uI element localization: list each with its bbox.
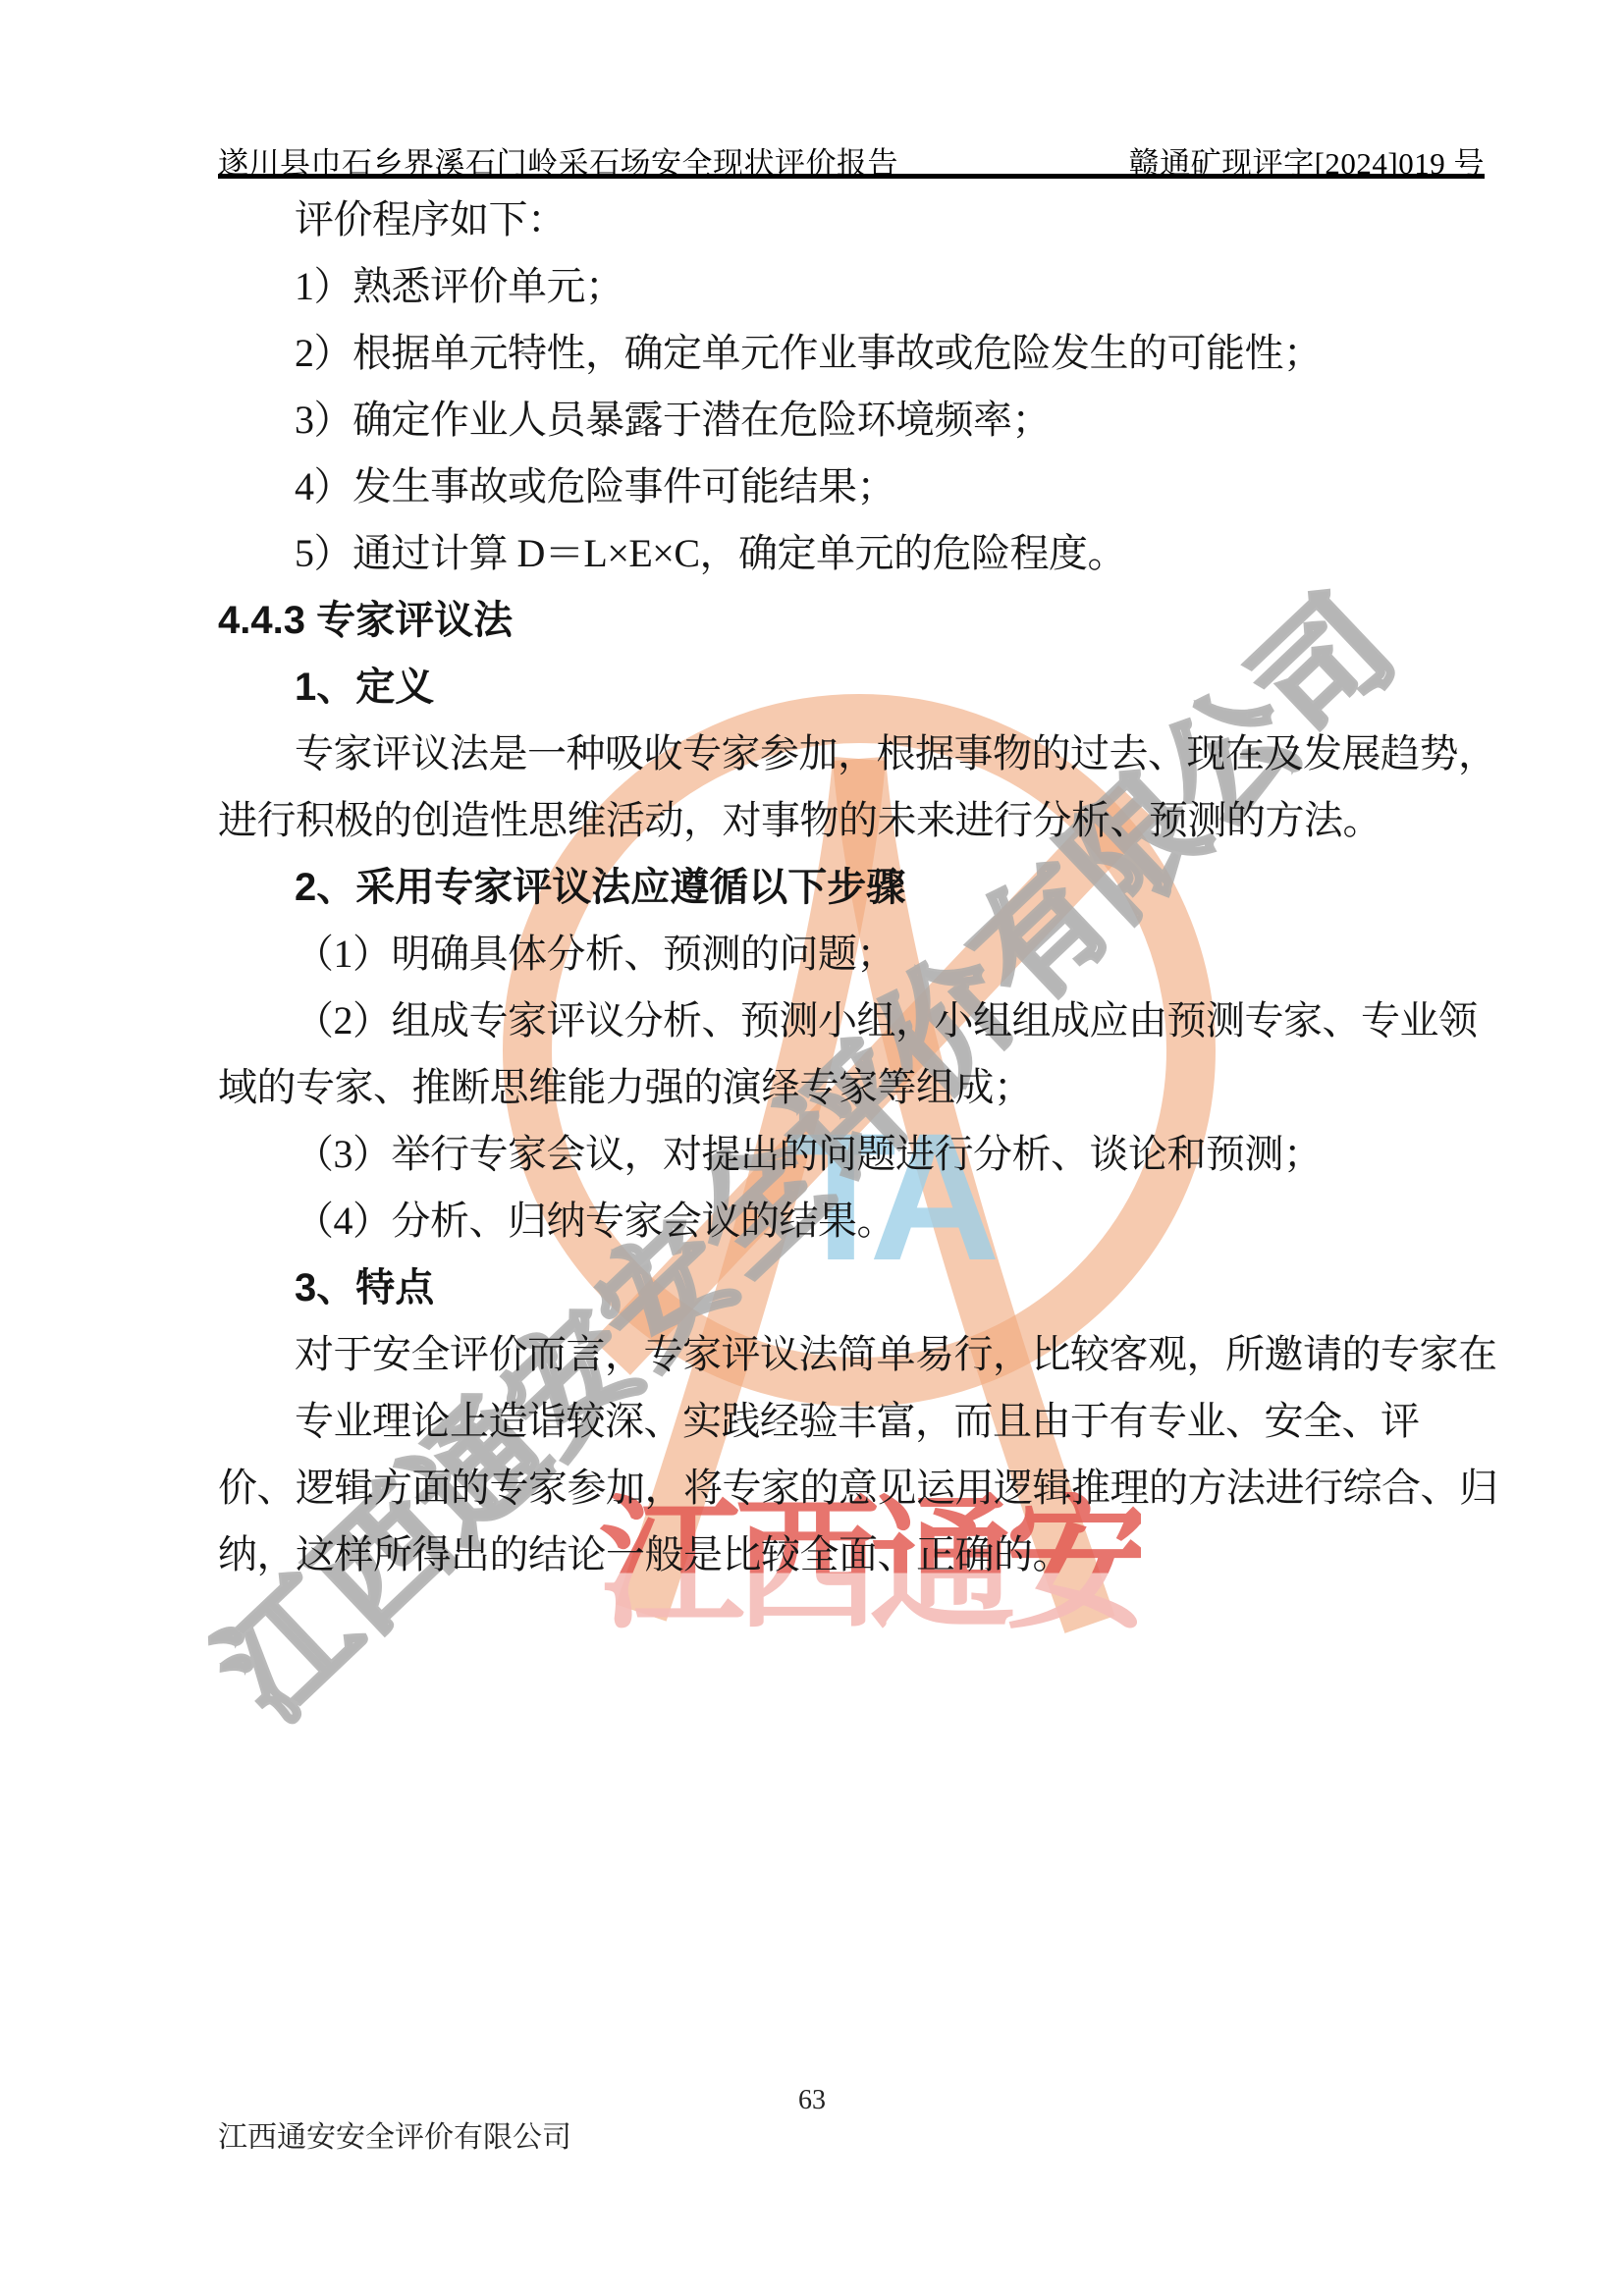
text-line: 域的专家、推断思维能力强的演绎专家等组成； [218, 1054, 1487, 1121]
text-line: 对于安全评价而言，专家评议法简单易行，比较客观，所邀请的专家在 [218, 1321, 1487, 1388]
header-rule [218, 174, 1485, 179]
text-line: 专业理论上造诣较深、实践经验丰富，而且由于有专业、安全、评 [218, 1388, 1487, 1455]
text-line: （3）举行专家会议，对提出的问题进行分析、谈论和预测； [218, 1121, 1487, 1188]
document-page: TA 江西通安安全评价有限公司 江西通安 江西通安 遂川县巾石乡界溪石门岭采石场… [0, 0, 1624, 2296]
text-line: 4.4.3 专家评议法 [218, 587, 1487, 654]
text-line: 专家评议法是一种吸收专家参加，根据事物的过去、现在及发展趋势， [218, 721, 1487, 787]
text-line: 进行积极的创造性思维活动，对事物的未来进行分析、预测的方法。 [218, 787, 1487, 854]
text-line: 评价程序如下： [218, 187, 1487, 253]
text-line: 1、定义 [218, 654, 1487, 721]
text-line: （2）组成专家评议分析、预测小组，小组组成应由预测专家、专业领 [218, 988, 1487, 1054]
text-line: 3、特点 [218, 1255, 1487, 1321]
text-line: 纳，这样所得出的结论一般是比较全面、正确的。 [218, 1522, 1487, 1588]
text-line: （1）明确具体分析、预测的问题； [218, 921, 1487, 988]
text-line: 2、采用专家评议法应遵循以下步骤 [218, 854, 1487, 921]
text-line: 3）确定作业人员暴露于潜在危险环境频率； [218, 387, 1487, 454]
text-line: （4）分析、归纳专家会议的结果。 [218, 1188, 1487, 1255]
footer-company-name: 江西通安安全评价有限公司 [218, 2112, 571, 2156]
text-line: 1）熟悉评价单元； [218, 253, 1487, 320]
document-body: 评价程序如下：1）熟悉评价单元；2）根据单元特性，确定单元作业事故或危险发生的可… [218, 187, 1487, 1588]
text-line: 4）发生事故或危险事件可能结果； [218, 454, 1487, 520]
text-line: 5）通过计算 D＝L×E×C，确定单元的危险程度。 [218, 520, 1487, 587]
text-line: 2）根据单元特性，确定单元作业事故或危险发生的可能性； [218, 320, 1487, 387]
text-line: 价、逻辑方面的专家参加，将专家的意见运用逻辑推理的方法进行综合、归 [218, 1455, 1487, 1522]
